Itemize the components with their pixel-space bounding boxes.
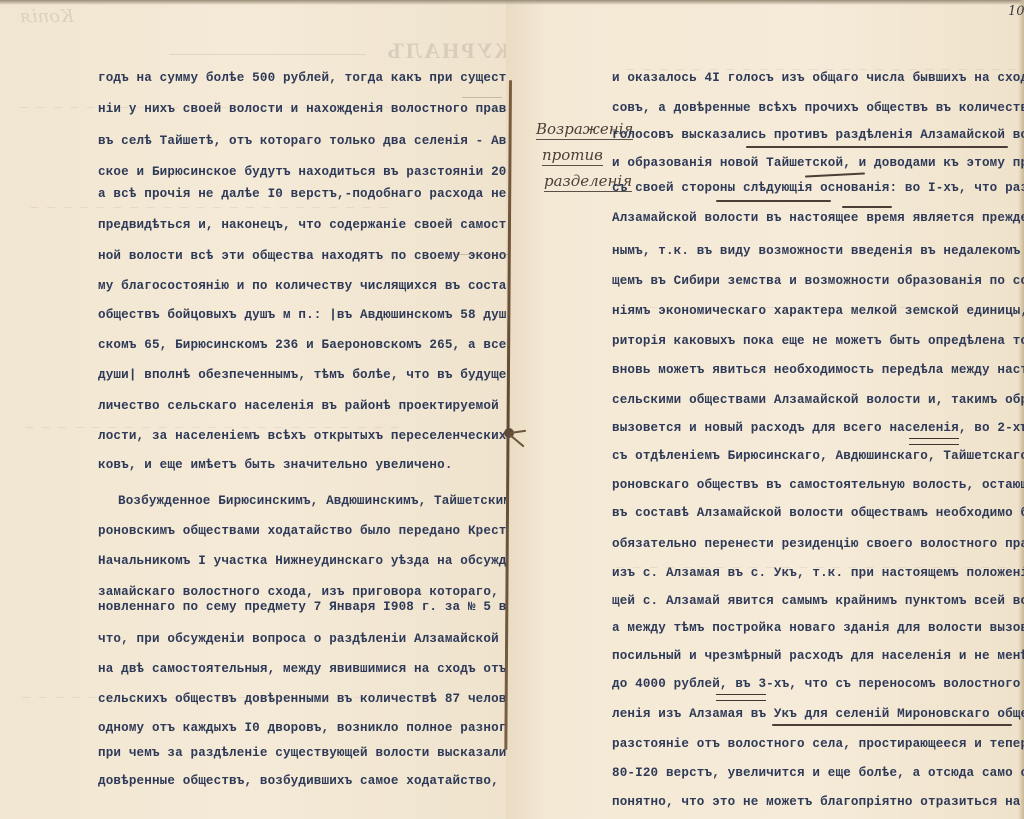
text-line: до 4000 рублей, въ 3-хъ, что съ переносо…: [612, 676, 1024, 692]
text-line: вызовется и новый расходъ для всего насе…: [612, 420, 1024, 436]
text-line: сельскими обществами Алзамайской волости…: [612, 392, 1024, 408]
text-line: нымъ, т.к. въ виду возможности введенія …: [612, 243, 1024, 259]
bleed-through-handwriting-line: [170, 38, 366, 55]
text-line: Возбужденное Бирюсинскимъ, Авдюшинскимъ,…: [118, 493, 573, 509]
text-line: съ отдѣленіемъ Бирюсинскаго, Авдюшинскаг…: [612, 448, 1024, 464]
text-line: и образованія новой Тайшетской, и довода…: [612, 155, 1024, 171]
left-page: Копія ЖУРНАЛЪ — — — — — — — — — — — — — …: [0, 0, 506, 819]
text-line: роновскаго обществъ въ самостоятельную в…: [612, 477, 1024, 493]
text-line: а между тѣмъ постройка новаго зданія для…: [612, 620, 1024, 636]
text-line: годъ на сумму болѣе 500 рублей, тогда ка…: [98, 70, 545, 86]
text-line: обязательно перенести резиденцію своего …: [612, 536, 1024, 552]
text-line: посильный и чрезмѣрный расходъ для насел…: [612, 648, 1024, 664]
underline-mark: [716, 200, 831, 202]
text-line: роновскимъ обществами ходатайство было п…: [98, 523, 568, 539]
text-line: ское и Бирюсинское будутъ находиться въ …: [98, 164, 576, 180]
text-line: съ своей стороны слѣдующія основанія: во…: [612, 180, 1024, 196]
text-line: предвидѣться и, наконецъ, что содержаніе…: [98, 217, 560, 233]
underline-mark: [842, 206, 892, 208]
text-line: ніямъ экономическаго характера мелкой зе…: [612, 303, 1024, 319]
text-line: сельскихъ обществъ довѣренными въ количе…: [98, 691, 560, 707]
text-line: замайскаго волостного схода, изъ пригово…: [98, 584, 553, 600]
text-line: личество сельскаго населенія въ районѣ п…: [98, 398, 560, 414]
text-line: при чемъ за раздѣленіе существующей воло…: [98, 745, 560, 761]
text-line: ной волости всѣ эти общества находятъ по…: [98, 248, 568, 264]
margin-annotation-line: против: [542, 146, 603, 166]
text-line: совъ, а довѣренные всѣхъ прочихъ обществ…: [612, 100, 1024, 116]
text-line: довѣренные обществъ, возбудившихъ самое …: [98, 773, 568, 789]
text-line: скомъ 65, Бирюсинскомъ 236 и Баероновско…: [98, 337, 553, 353]
text-line: ленія изъ Алзамая въ Укъ для селеній Мир…: [612, 706, 1024, 722]
text-line: на двѣ самостоятельныя, между явившимися…: [98, 661, 553, 677]
text-line: изъ с. Алзамая въ с. Укъ, т.к. при насто…: [612, 565, 1024, 581]
text-line: щемъ въ Сибири земства и возможности обр…: [612, 273, 1024, 289]
text-line: въ селѣ Тайшетѣ, отъ котораго только два…: [98, 133, 553, 149]
double-underline-mark: [909, 438, 959, 445]
text-line: ніи у нихъ своей волости и нахожденія во…: [98, 101, 545, 117]
fold-mark: [462, 97, 502, 98]
text-line: лости, за населеніемъ всѣхъ открытыхъ пе…: [98, 428, 568, 444]
text-line: риторія каковыхъ пока еще не можетъ быть…: [612, 333, 1024, 349]
fold-mark: [455, 254, 510, 255]
text-line: голосовъ высказались противъ раздѣленія …: [612, 127, 1024, 143]
document-scan: Копія ЖУРНАЛЪ — — — — — — — — — — — — — …: [0, 0, 1024, 819]
text-line: обществъ бойцовыхъ душъ м п.: |въ Авдюши…: [98, 307, 576, 323]
text-line: разстояніе отъ волостного села, простира…: [612, 736, 1024, 752]
underline-mark: [772, 724, 1012, 726]
page-top-shadow: [0, 0, 1024, 5]
text-line: въ составѣ Алзамайской волости обществам…: [612, 505, 1024, 521]
text-line: му благосостоянію и по количеству числящ…: [98, 278, 560, 294]
text-line: Алзамайской волости въ настоящее время я…: [612, 210, 1024, 226]
text-line: 80-I20 верстъ, увеличится и еще болѣе, а…: [612, 765, 1024, 781]
text-line: и оказалось 4I голосъ изъ общаго числа б…: [612, 70, 1024, 86]
double-underline-mark: [716, 694, 766, 701]
text-line: Начальникомъ I участка Нижнеудинскаго уѣ…: [98, 553, 568, 569]
text-line: а всѣ прочія не далѣе I0 верстъ,-подобна…: [98, 186, 560, 202]
page-number: 10: [1008, 4, 1024, 19]
text-line: души| вполнѣ обезпеченнымъ, тѣмъ болѣе, …: [98, 367, 553, 383]
bleed-through-title: ЖУРНАЛЪ: [385, 38, 516, 64]
page-right-edge: [1018, 0, 1024, 819]
text-line: понятно, что это не можетъ благопріятно …: [612, 794, 1024, 810]
text-line: одному отъ каждыхъ I0 дворовъ, возникло …: [98, 720, 553, 736]
bleed-through-text: — — — — — — — — — — — — — — — — — — — — …: [30, 200, 387, 215]
text-line: новленнаго по сему предмету 7 Января I90…: [98, 599, 545, 615]
underline-mark: [746, 146, 1008, 148]
text-line: вновь можетъ явиться необходимость перед…: [612, 362, 1024, 378]
text-line: что, при обсужденіи вопроса о раздѣленіи…: [98, 631, 560, 647]
text-line: ковъ, и еще имѣетъ быть значительно увел…: [98, 457, 453, 473]
bleed-through-handwriting: Копія: [20, 6, 74, 27]
text-line: щей с. Алзамай явится самымъ крайнимъ пу…: [612, 593, 1024, 609]
